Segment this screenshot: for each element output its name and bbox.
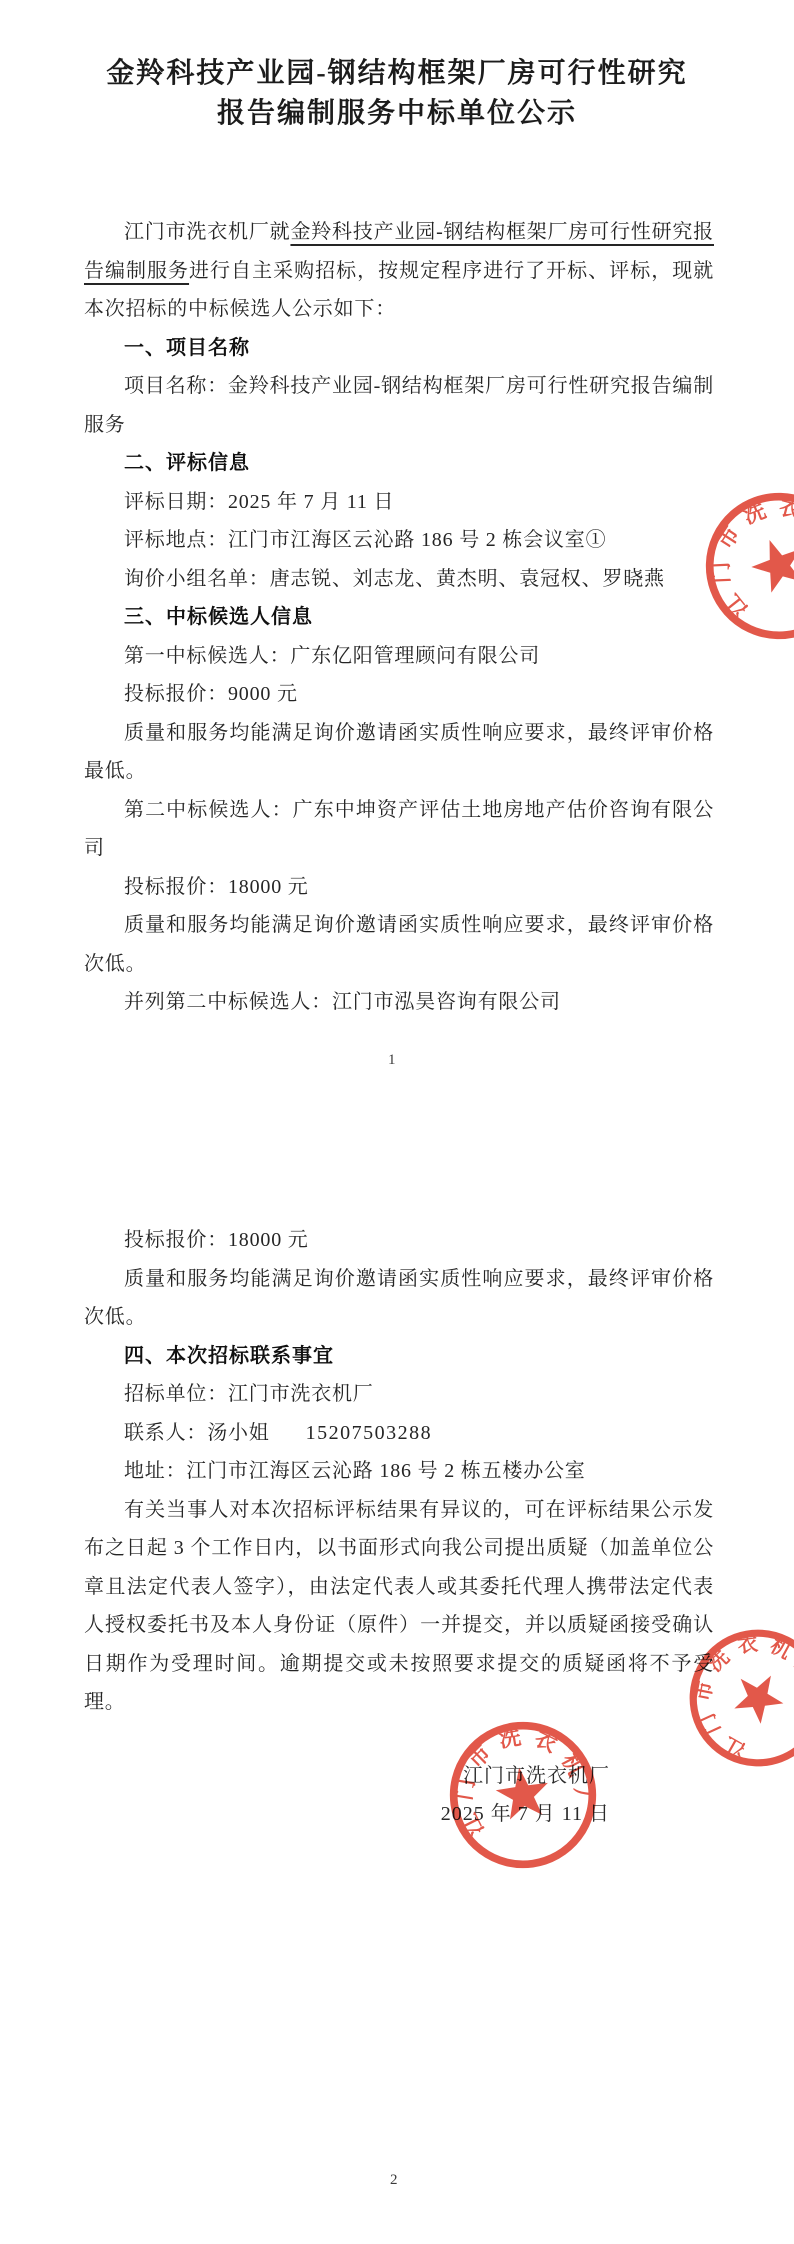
second-bid-price-line: 投标报价：18000 元 — [84, 868, 714, 907]
page1-body: 江门市洗衣机厂就金羚科技产业园-钢结构框架厂房可行性研究报告编制服务进行自主采购… — [84, 213, 714, 1022]
intro-lead-text: 江门市洗衣机厂就 — [124, 221, 290, 243]
second-evaluation-note: 质量和服务均能满足询价邀请函实质性响应要求，最终评审价格次低。 — [84, 906, 714, 983]
contact-person: 联系人：汤小姐 — [124, 1422, 270, 1444]
intro-paragraph: 江门市洗衣机厂就金羚科技产业园-钢结构框架厂房可行性研究报告编制服务进行自主采购… — [84, 213, 714, 329]
page-number-2: 2 — [390, 2166, 398, 2194]
second-candidate-line: 第二中标候选人：广东中坤资产评估土地房地产估价咨询有限公司 — [84, 791, 714, 868]
first-bid-price-line: 投标报价：9000 元 — [84, 675, 714, 714]
tied-second-bid-price-line: 投标报价：18000 元 — [84, 1221, 714, 1260]
seal-star-icon — [722, 1662, 790, 1730]
first-evaluation-note: 质量和服务均能满足询价邀请函实质性响应要求，最终评审价格最低。 — [84, 714, 714, 791]
scanned-document-page: 金羚科技产业园-钢结构框架厂房可行性研究 报告编制服务中标单位公示 江门市洗衣机… — [0, 0, 794, 2244]
contact-line: 联系人：汤小姐15207503288 — [84, 1414, 714, 1453]
document-title: 金羚科技产业园-钢结构框架厂房可行性研究 报告编制服务中标单位公示 — [0, 54, 794, 134]
section3-heading: 三、中标候选人信息 — [84, 598, 714, 637]
tied-second-evaluation-note: 质量和服务均能满足询价邀请函实质性响应要求，最终评审价格次低。 — [84, 1260, 714, 1337]
page-number-1: 1 — [388, 1046, 396, 1074]
signature-block: 江门市洗衣机厂 2025 年 7 月 11 日 — [0, 1757, 610, 1833]
section2-heading: 二、评标信息 — [84, 444, 714, 483]
section4-heading: 四、本次招标联系事宜 — [84, 1337, 714, 1376]
eval-place-line: 评标地点：江门市江海区云沁路 186 号 2 栋会议室① — [84, 521, 714, 560]
first-candidate-line: 第一中标候选人：广东亿阳管理顾问有限公司 — [84, 637, 714, 676]
tender-unit-line: 招标单位：江门市洗衣机厂 — [84, 1375, 714, 1414]
section1-heading: 一、项目名称 — [84, 329, 714, 368]
objection-paragraph: 有关当事人对本次招标评标结果有异议的，可在评标结果公示发布之日起 3 个工作日内… — [84, 1491, 714, 1722]
page2-body: 投标报价：18000 元 质量和服务均能满足询价邀请函实质性响应要求，最终评审价… — [84, 1221, 714, 1722]
document-title-line-1: 金羚科技产业园-钢结构框架厂房可行性研究 — [0, 54, 794, 94]
document-title-line-2: 报告编制服务中标单位公示 — [0, 94, 794, 134]
seal-star-icon — [745, 531, 794, 596]
project-name-line: 项目名称：金羚科技产业园-钢结构框架厂房可行性研究报告编制服务 — [84, 367, 714, 444]
tied-second-candidate-line: 并列第二中标候选人：江门市泓昊咨询有限公司 — [84, 983, 714, 1022]
signature-date: 2025 年 7 月 11 日 — [0, 1795, 610, 1833]
signature-org: 江门市洗衣机厂 — [0, 1757, 610, 1795]
eval-date-line: 评标日期：2025 年 7 月 11 日 — [84, 483, 714, 522]
inquiry-panel-line: 询价小组名单：唐志锐、刘志龙、黄杰明、袁冠权、罗晓燕 — [84, 560, 714, 599]
address-line: 地址：江门市江海区云沁路 186 号 2 栋五楼办公室 — [84, 1452, 714, 1491]
contact-phone: 15207503288 — [306, 1422, 433, 1444]
